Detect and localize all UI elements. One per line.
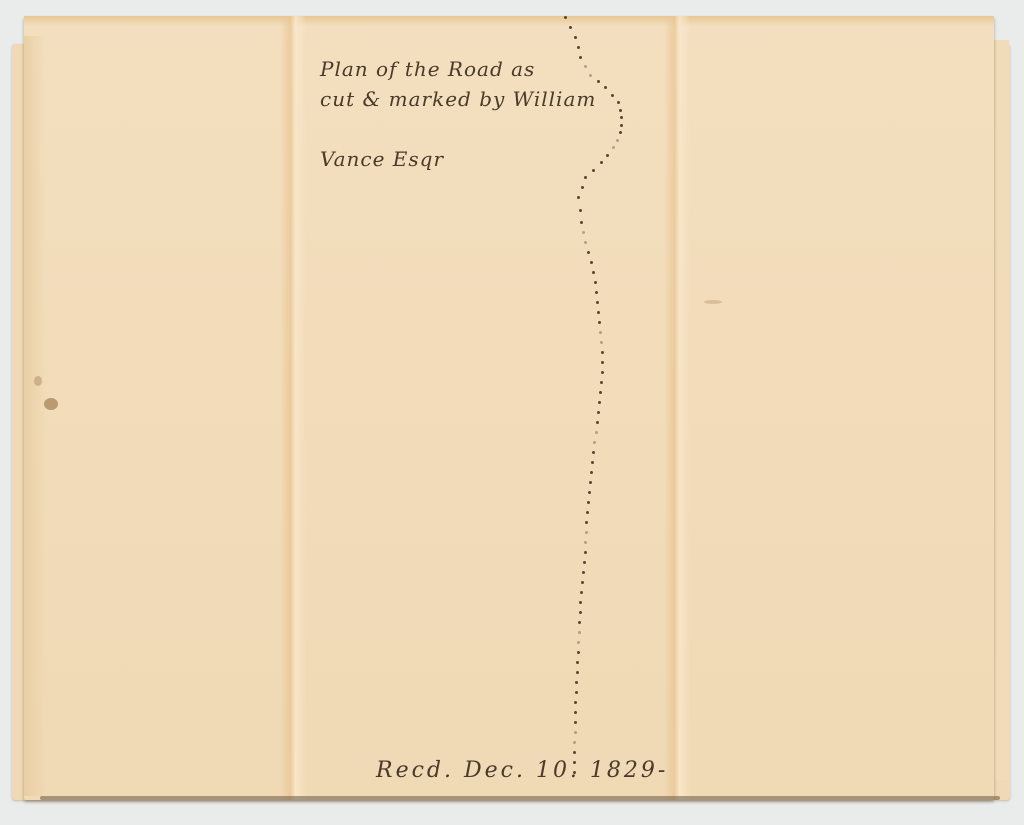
road-dot [581, 581, 584, 584]
road-dot [601, 371, 604, 374]
road-dot [584, 176, 587, 179]
road-dot [596, 301, 599, 304]
road-dot [590, 261, 593, 264]
road-dot [589, 481, 592, 484]
road-dot [584, 541, 587, 544]
top-edge-discoloration [24, 16, 994, 26]
road-dot [606, 154, 609, 157]
road-dot [604, 86, 607, 89]
road-dot [573, 751, 576, 754]
road-dot [574, 701, 577, 704]
road-dot [573, 741, 576, 744]
road-dot [577, 196, 580, 199]
road-dot [601, 351, 604, 354]
road-dot [564, 16, 567, 19]
road-dot [600, 341, 603, 344]
road-dot [585, 531, 588, 534]
title-annotation: Plan of the Road as cut & marked by Will… [320, 54, 596, 174]
road-dot [599, 391, 602, 394]
road-dot [611, 94, 614, 97]
fold-crease-right [664, 16, 690, 800]
road-dot [580, 591, 583, 594]
road-dot [577, 46, 580, 49]
road-dot [577, 641, 580, 644]
road-dot [586, 511, 589, 514]
road-dot [600, 381, 603, 384]
road-dot [584, 241, 587, 244]
road-dot [578, 621, 581, 624]
title-line-1: Plan of the Road as [320, 57, 535, 81]
road-dot [595, 291, 598, 294]
road-dot [576, 671, 579, 674]
road-dot [579, 611, 582, 614]
road-dot [579, 209, 582, 212]
road-dot [594, 281, 597, 284]
stain-mark [34, 376, 42, 386]
road-dot [579, 601, 582, 604]
title-line-3: Vance Esqr [320, 147, 444, 171]
stain-mark [704, 300, 722, 304]
road-dot [584, 65, 587, 68]
road-dot [600, 161, 603, 164]
road-dot [617, 101, 620, 104]
road-dot [576, 661, 579, 664]
road-dot [569, 26, 572, 29]
road-dot [574, 721, 577, 724]
road-dot [580, 221, 583, 224]
road-dot [597, 411, 600, 414]
road-dot [577, 651, 580, 654]
road-dot [574, 36, 577, 39]
road-dot [620, 116, 623, 119]
road-dot [598, 401, 601, 404]
road-dot [587, 501, 590, 504]
document-sheet: Plan of the Road as cut & marked by Will… [24, 16, 994, 800]
road-dot [575, 681, 578, 684]
road-dot [616, 139, 619, 142]
road-dot [595, 431, 598, 434]
road-dot [587, 251, 590, 254]
road-dot [597, 80, 600, 83]
road-dot [588, 491, 591, 494]
road-dot [582, 231, 585, 234]
road-dot [590, 471, 593, 474]
road-dot [592, 451, 595, 454]
road-dot [574, 711, 577, 714]
road-dot [598, 321, 601, 324]
road-dot [581, 186, 584, 189]
road-dot [585, 521, 588, 524]
road-dot [591, 461, 594, 464]
road-dot [584, 551, 587, 554]
road-dot [589, 74, 592, 77]
road-dot [592, 271, 595, 274]
road-dot [583, 561, 586, 564]
road-dot [601, 361, 604, 364]
road-dot [619, 131, 622, 134]
road-dot [574, 731, 577, 734]
road-dot [619, 109, 622, 112]
road-dot [575, 691, 578, 694]
road-dot [578, 631, 581, 634]
title-line-2: cut & marked by William [320, 84, 596, 114]
road-dot [597, 311, 600, 314]
road-dot [596, 421, 599, 424]
road-dot [593, 441, 596, 444]
fold-crease-left [280, 16, 306, 800]
sheet-bottom-shadow [40, 796, 1000, 800]
road-dot [582, 571, 585, 574]
stain-mark [44, 398, 58, 410]
road-dot [592, 169, 595, 172]
road-dot [579, 56, 582, 59]
left-edge-discoloration [24, 36, 46, 796]
road-dot [612, 146, 615, 149]
received-date-annotation: Recd. Dec. 10. 1829- [376, 758, 668, 783]
road-dot [599, 331, 602, 334]
road-dot [620, 124, 623, 127]
